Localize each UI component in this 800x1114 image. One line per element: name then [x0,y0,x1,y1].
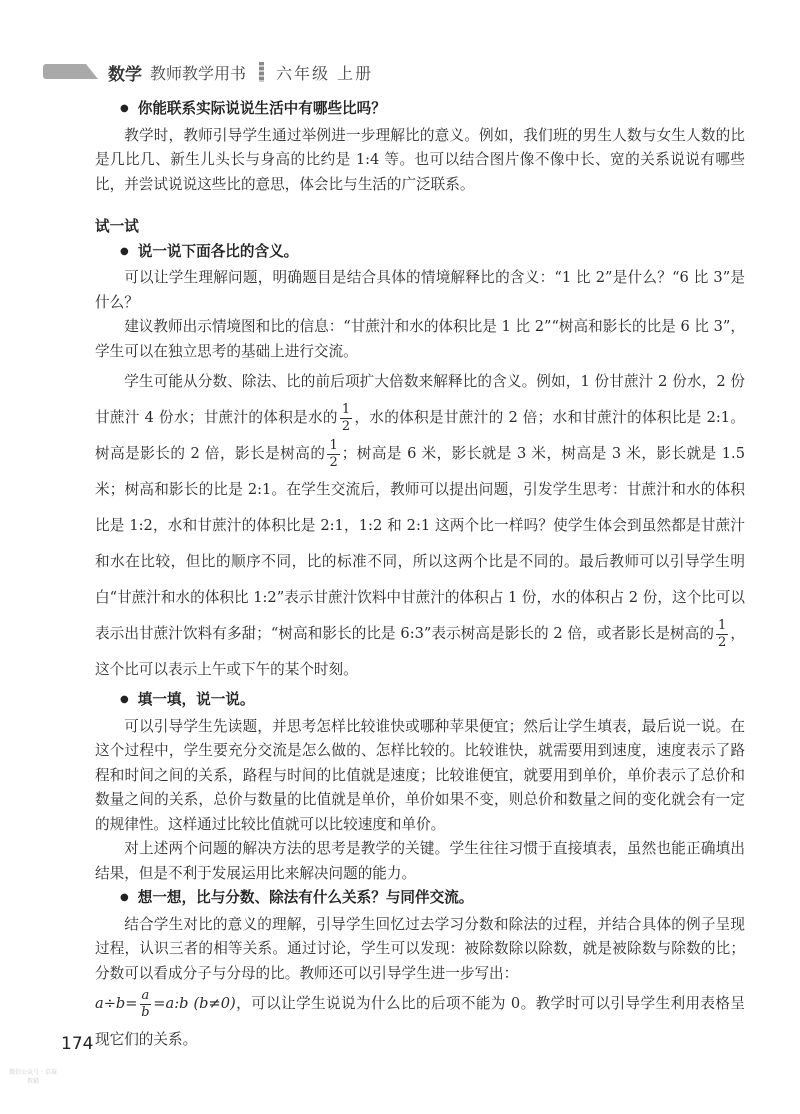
paragraph: 可以引导学生先读题，并思考怎样比较谁快或哪种苹果便宜；然后让学生填表，最后说一说… [95,715,745,838]
paragraph: 教学时，教师引导学生通过举例进一步理解比的意义。例如，我们班的男生人数与女生人数… [95,124,745,198]
paragraph: 结合学生对比的意义的理解，引导学生回忆过去学习分数和除法的过程，并结合具体的例子… [95,913,745,987]
fraction: 12 [327,438,339,471]
bullet-heading: 你能联系实际说说生活中有哪些比吗？ [95,97,745,124]
paragraph-with-fractions: 学生可能从分数、除法、比的前后项扩大倍数来解释比的含义。例如，1 份甘蔗汁 2 … [95,364,745,688]
header-tab-decoration [43,64,98,79]
paragraph: 建议教师出示情境图和比的信息：“甘蔗汁和水的体积比是 1 比 2”“树高和影长的… [95,315,745,364]
fraction: 12 [340,402,352,435]
paragraph: 可以让学生理解问题，明确题目是结合具体的情境解释比的含义：“1 比 2”是什么？… [95,266,745,315]
header-subject: 数学 [108,60,142,85]
watermark: 微信公众号 · 草莓教辅 [8,1068,58,1100]
running-header: 数学 教师教学用书 六年级 上册 [0,58,800,88]
bullet-heading: 说一说下面各比的含义。 [95,240,745,267]
page-body: 你能联系实际说说生活中有哪些比吗？ 教学时，教师引导学生通过举例进一步理解比的意… [95,97,745,1058]
paragraph: 对上述两个问题的解决方法的思考是教学的关键。学生往往习惯于直接填表，虽然也能正确… [95,837,745,886]
header-separator [259,62,264,82]
bullet-heading: 填一填，说一说。 [95,688,745,715]
bullet-heading: 想一想，比与分数、除法有什么关系？与同伴交流。 [95,886,745,913]
formula: a÷b=ab=a:b (b≠0) [95,995,236,1012]
header-book-title: 教师教学用书 [150,61,246,84]
paragraph-with-formula: a÷b=ab=a:b (b≠0)，可以让学生说说为什么比的后项不能为 0。教学时… [95,986,745,1058]
fraction: 12 [716,618,728,651]
header-grade: 六年级 上册 [276,61,373,84]
section-heading: 试一试 [95,215,745,240]
page-number: 174 [61,1034,93,1054]
